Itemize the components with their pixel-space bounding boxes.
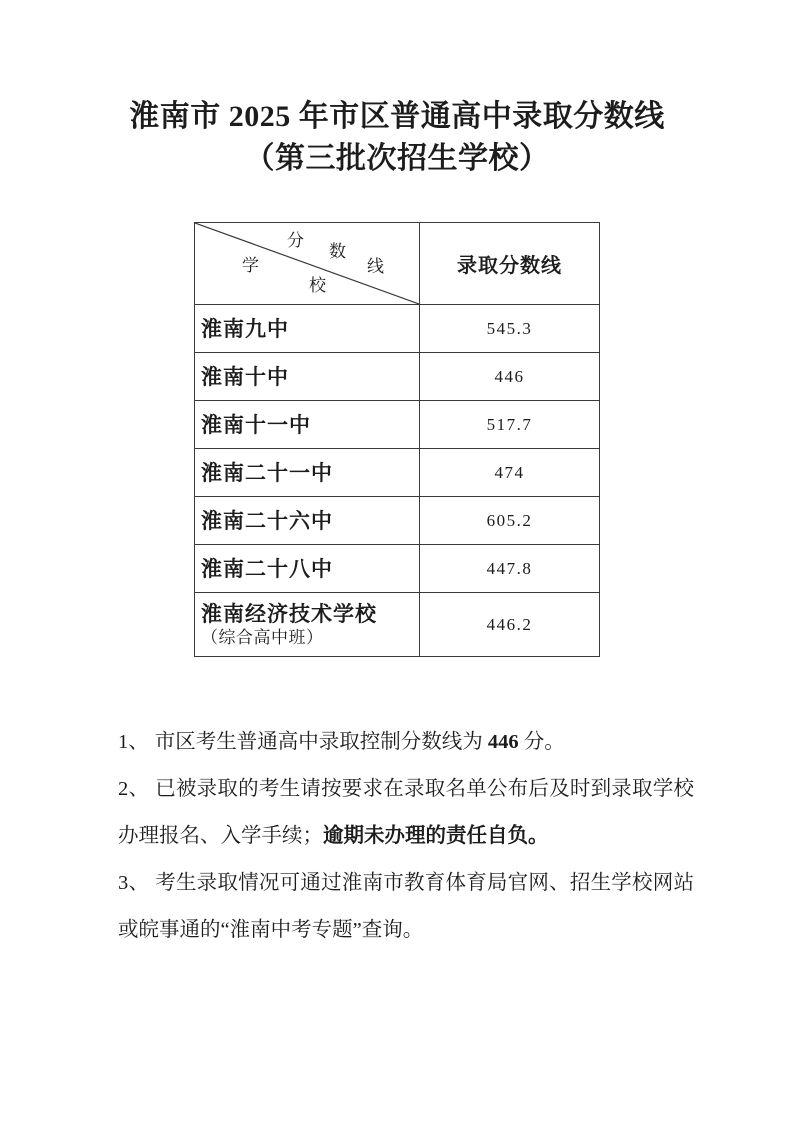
score-value: 474 (495, 463, 525, 483)
school-name-note: （综合高中班） (201, 627, 419, 649)
score-table: 分 数 线 学 校 录取分数线 淮南九中 545.3 淮南十中 446 淮南十一… (194, 222, 600, 657)
school-name: 淮南九中 (201, 316, 419, 342)
note-number: 2、 (118, 778, 149, 800)
table-row: 淮南十一中 517.7 (195, 400, 599, 448)
score-value: 447.8 (487, 559, 533, 579)
school-name: 淮南二十八中 (201, 556, 419, 582)
score-value: 446.2 (487, 615, 533, 635)
corner-char-fen: 分 (287, 232, 304, 249)
diagonal-divider-line (195, 223, 419, 304)
note-text-bold: 逾期未办理的责任自负。 (323, 825, 549, 847)
school-name: 淮南二十一中 (201, 460, 419, 486)
score-column-header: 录取分数线 (420, 223, 599, 304)
note-text-bold: 446 (488, 731, 519, 753)
table-row: 淮南二十一中 474 (195, 448, 599, 496)
note-item-1: 1、市区考生普通高中录取控制分数线为 446 分。 (118, 719, 694, 766)
note-text: 考生录取情况可通过淮南市教育体育局官网、招生学校网站或皖事通的“淮南中考专题”查… (118, 872, 694, 941)
table-row: 淮南经济技术学校 （综合高中班） 446.2 (195, 592, 599, 656)
table-row: 淮南二十六中 605.2 (195, 496, 599, 544)
table-header-row: 分 数 线 学 校 录取分数线 (195, 223, 599, 304)
school-name: 淮南十中 (201, 364, 419, 390)
table-row: 淮南二十八中 447.8 (195, 544, 599, 592)
notes-section: 1、市区考生普通高中录取控制分数线为 446 分。 2、已被录取的考生请按要求在… (118, 719, 694, 954)
score-value: 605.2 (487, 511, 533, 531)
note-text: 分。 (519, 731, 565, 753)
table-row: 淮南九中 545.3 (195, 304, 599, 352)
corner-char-xue: 学 (242, 257, 259, 274)
corner-char-xiao: 校 (309, 277, 326, 294)
title-line-1: 淮南市 2025 年市区普通高中录取分数线 (0, 96, 794, 138)
note-number: 1、 (118, 731, 149, 753)
note-number: 3、 (118, 872, 149, 894)
note-text: 市区考生普通高中录取控制分数线为 (155, 731, 488, 753)
corner-char-xian: 线 (367, 258, 384, 275)
corner-char-shu: 数 (329, 243, 346, 260)
table-corner-cell: 分 数 线 学 校 (195, 223, 420, 304)
score-value: 545.3 (487, 319, 533, 339)
school-name: 淮南经济技术学校 (201, 601, 419, 627)
table-row: 淮南十中 446 (195, 352, 599, 400)
page-title: 淮南市 2025 年市区普通高中录取分数线 （第三批次招生学校） (0, 96, 794, 180)
note-item-2: 2、已被录取的考生请按要求在录取名单公布后及时到录取学校办理报名、入学手续；逾期… (118, 766, 694, 860)
title-line-2: （第三批次招生学校） (0, 138, 794, 180)
school-name: 淮南二十六中 (201, 508, 419, 534)
school-name: 淮南十一中 (201, 412, 419, 438)
note-item-3: 3、考生录取情况可通过淮南市教育体育局官网、招生学校网站或皖事通的“淮南中考专题… (118, 860, 694, 954)
score-value: 446 (495, 367, 525, 387)
score-value: 517.7 (487, 415, 533, 435)
document-page: 淮南市 2025 年市区普通高中录取分数线 （第三批次招生学校） 分 数 线 学… (0, 0, 794, 1122)
